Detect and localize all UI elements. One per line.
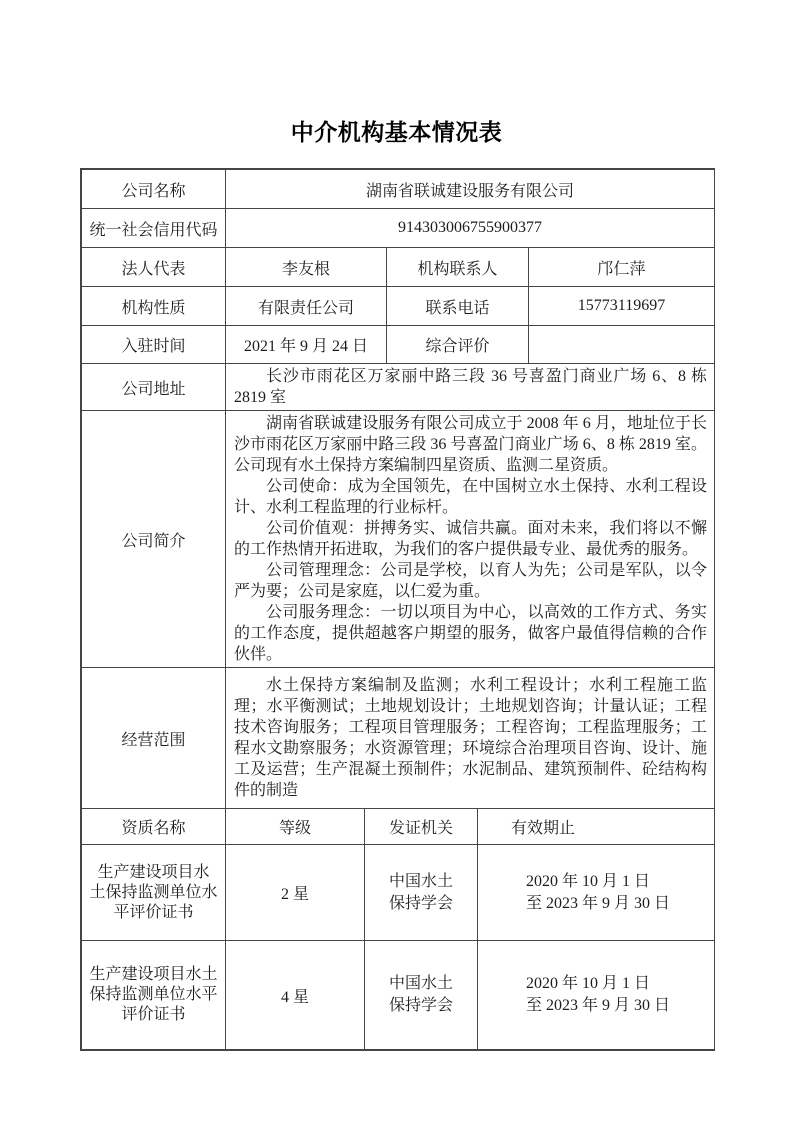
document-page: 中介机构基本情况表 公司名称 湖南省联诚建设服务有限公司 统一社会信用代码 91…: [0, 0, 793, 1122]
phone-label: 联系电话: [387, 287, 529, 326]
profile-value: 湖南省联诚建设服务有限公司成立于 2008 年 6 月，地址位于长沙市雨花区万家…: [226, 411, 715, 668]
company-name-label: 公司名称: [82, 170, 226, 209]
company-name-value: 湖南省联诚建设服务有限公司: [226, 170, 715, 209]
profile-paragraph: 公司使命：成为全国领先，在中国树立水土保持、水利工程设计、水利工程监理的行业标杆…: [234, 476, 707, 518]
address-label: 公司地址: [82, 364, 226, 411]
address-value: 长沙市雨花区万家丽中路三段 36 号喜盈门商业广场 6、8 栋 2819 室: [226, 364, 715, 411]
entry-date-label: 入驻时间: [82, 326, 226, 364]
profile-paragraph: 公司服务理念：一切以项目为中心，以高效的工作方式、务实的工作态度，提供超越客户期…: [234, 602, 707, 665]
info-table-container: 公司名称 湖南省联诚建设服务有限公司 统一社会信用代码 914303006755…: [80, 168, 715, 1051]
qual-validity-header: 有效期止: [478, 809, 715, 845]
legal-rep-value: 李友根: [226, 248, 387, 287]
scope-text: 水土保持方案编制及监测；水利工程设计；水利工程施工监理；水平衡测试；土地规划设计…: [234, 675, 707, 801]
scope-value: 水土保持方案编制及监测；水利工程设计；水利工程施工监理；水平衡测试；土地规划设计…: [226, 668, 715, 809]
qual-level: 2 星: [226, 845, 365, 941]
contact-value: 邝仁萍: [529, 248, 715, 287]
profile-label: 公司简介: [82, 411, 226, 668]
row-address: 公司地址 长沙市雨花区万家丽中路三段 36 号喜盈门商业广场 6、8 栋 281…: [82, 364, 715, 411]
row-company-name: 公司名称 湖南省联诚建设服务有限公司: [82, 170, 715, 209]
credit-code-label: 统一社会信用代码: [82, 209, 226, 248]
qual-level-header: 等级: [226, 809, 365, 845]
qual-name: 生产建设项目水 土保持监测单位水 平评价证书: [82, 845, 226, 941]
profile-paragraph: 公司管理理念：公司是学校，以育人为先；公司是军队，以令严为要；公司是家庭，以仁爱…: [234, 560, 707, 602]
qualification-row: 生产建设项目水 土保持监测单位水 平评价证书 2 星 中国水土 保持学会 202…: [82, 845, 715, 941]
qual-level: 4 星: [226, 941, 365, 1050]
qualifications-header-row: 资质名称 等级 发证机关 有效期止: [82, 809, 715, 845]
row-entry-date: 入驻时间 2021 年 9 月 24 日 综合评价: [82, 326, 715, 364]
org-type-value: 有限责任公司: [226, 287, 387, 326]
profile-paragraph: 公司价值观：拼搏务实、诚信共赢。面对未来，我们将以不懈的工作热情开拓进取，为我们…: [234, 518, 707, 560]
legal-rep-label: 法人代表: [82, 248, 226, 287]
page-title: 中介机构基本情况表: [0, 116, 793, 148]
phone-value: 15773119697: [529, 287, 715, 326]
row-scope: 经营范围 水土保持方案编制及监测；水利工程设计；水利工程施工监理；水平衡测试；土…: [82, 668, 715, 809]
qual-validity: 2020 年 10 月 1 日 至 2023 年 9 月 30 日: [478, 941, 715, 1050]
qualifications-table: 资质名称 等级 发证机关 有效期止 生产建设项目水 土保持监测单位水 平评价证书…: [81, 808, 715, 1050]
contact-label: 机构联系人: [387, 248, 529, 287]
qual-issuer: 中国水土 保持学会: [365, 941, 478, 1050]
qual-name: 生产建设项目水土 保持监测单位水平 评价证书: [82, 941, 226, 1050]
qualification-row: 生产建设项目水土 保持监测单位水平 评价证书 4 星 中国水土 保持学会 202…: [82, 941, 715, 1050]
credit-code-value: 914303006755900377: [226, 209, 715, 248]
scope-label: 经营范围: [82, 668, 226, 809]
row-org-type: 机构性质 有限责任公司 联系电话 15773119697: [82, 287, 715, 326]
rating-label: 综合评价: [387, 326, 529, 364]
row-credit-code: 统一社会信用代码 914303006755900377: [82, 209, 715, 248]
company-info-table: 公司名称 湖南省联诚建设服务有限公司 统一社会信用代码 914303006755…: [81, 169, 715, 809]
org-type-label: 机构性质: [82, 287, 226, 326]
row-legal-rep: 法人代表 李友根 机构联系人 邝仁萍: [82, 248, 715, 287]
address-text: 长沙市雨花区万家丽中路三段 36 号喜盈门商业广场 6、8 栋 2819 室: [234, 366, 707, 408]
rating-value: [529, 326, 715, 364]
profile-paragraph: 湖南省联诚建设服务有限公司成立于 2008 年 6 月，地址位于长沙市雨花区万家…: [234, 413, 707, 476]
row-profile: 公司简介 湖南省联诚建设服务有限公司成立于 2008 年 6 月，地址位于长沙市…: [82, 411, 715, 668]
qual-name-header: 资质名称: [82, 809, 226, 845]
qual-validity: 2020 年 10 月 1 日 至 2023 年 9 月 30 日: [478, 845, 715, 941]
qual-issuer: 中国水土 保持学会: [365, 845, 478, 941]
qual-issuer-header: 发证机关: [365, 809, 478, 845]
entry-date-value: 2021 年 9 月 24 日: [226, 326, 387, 364]
